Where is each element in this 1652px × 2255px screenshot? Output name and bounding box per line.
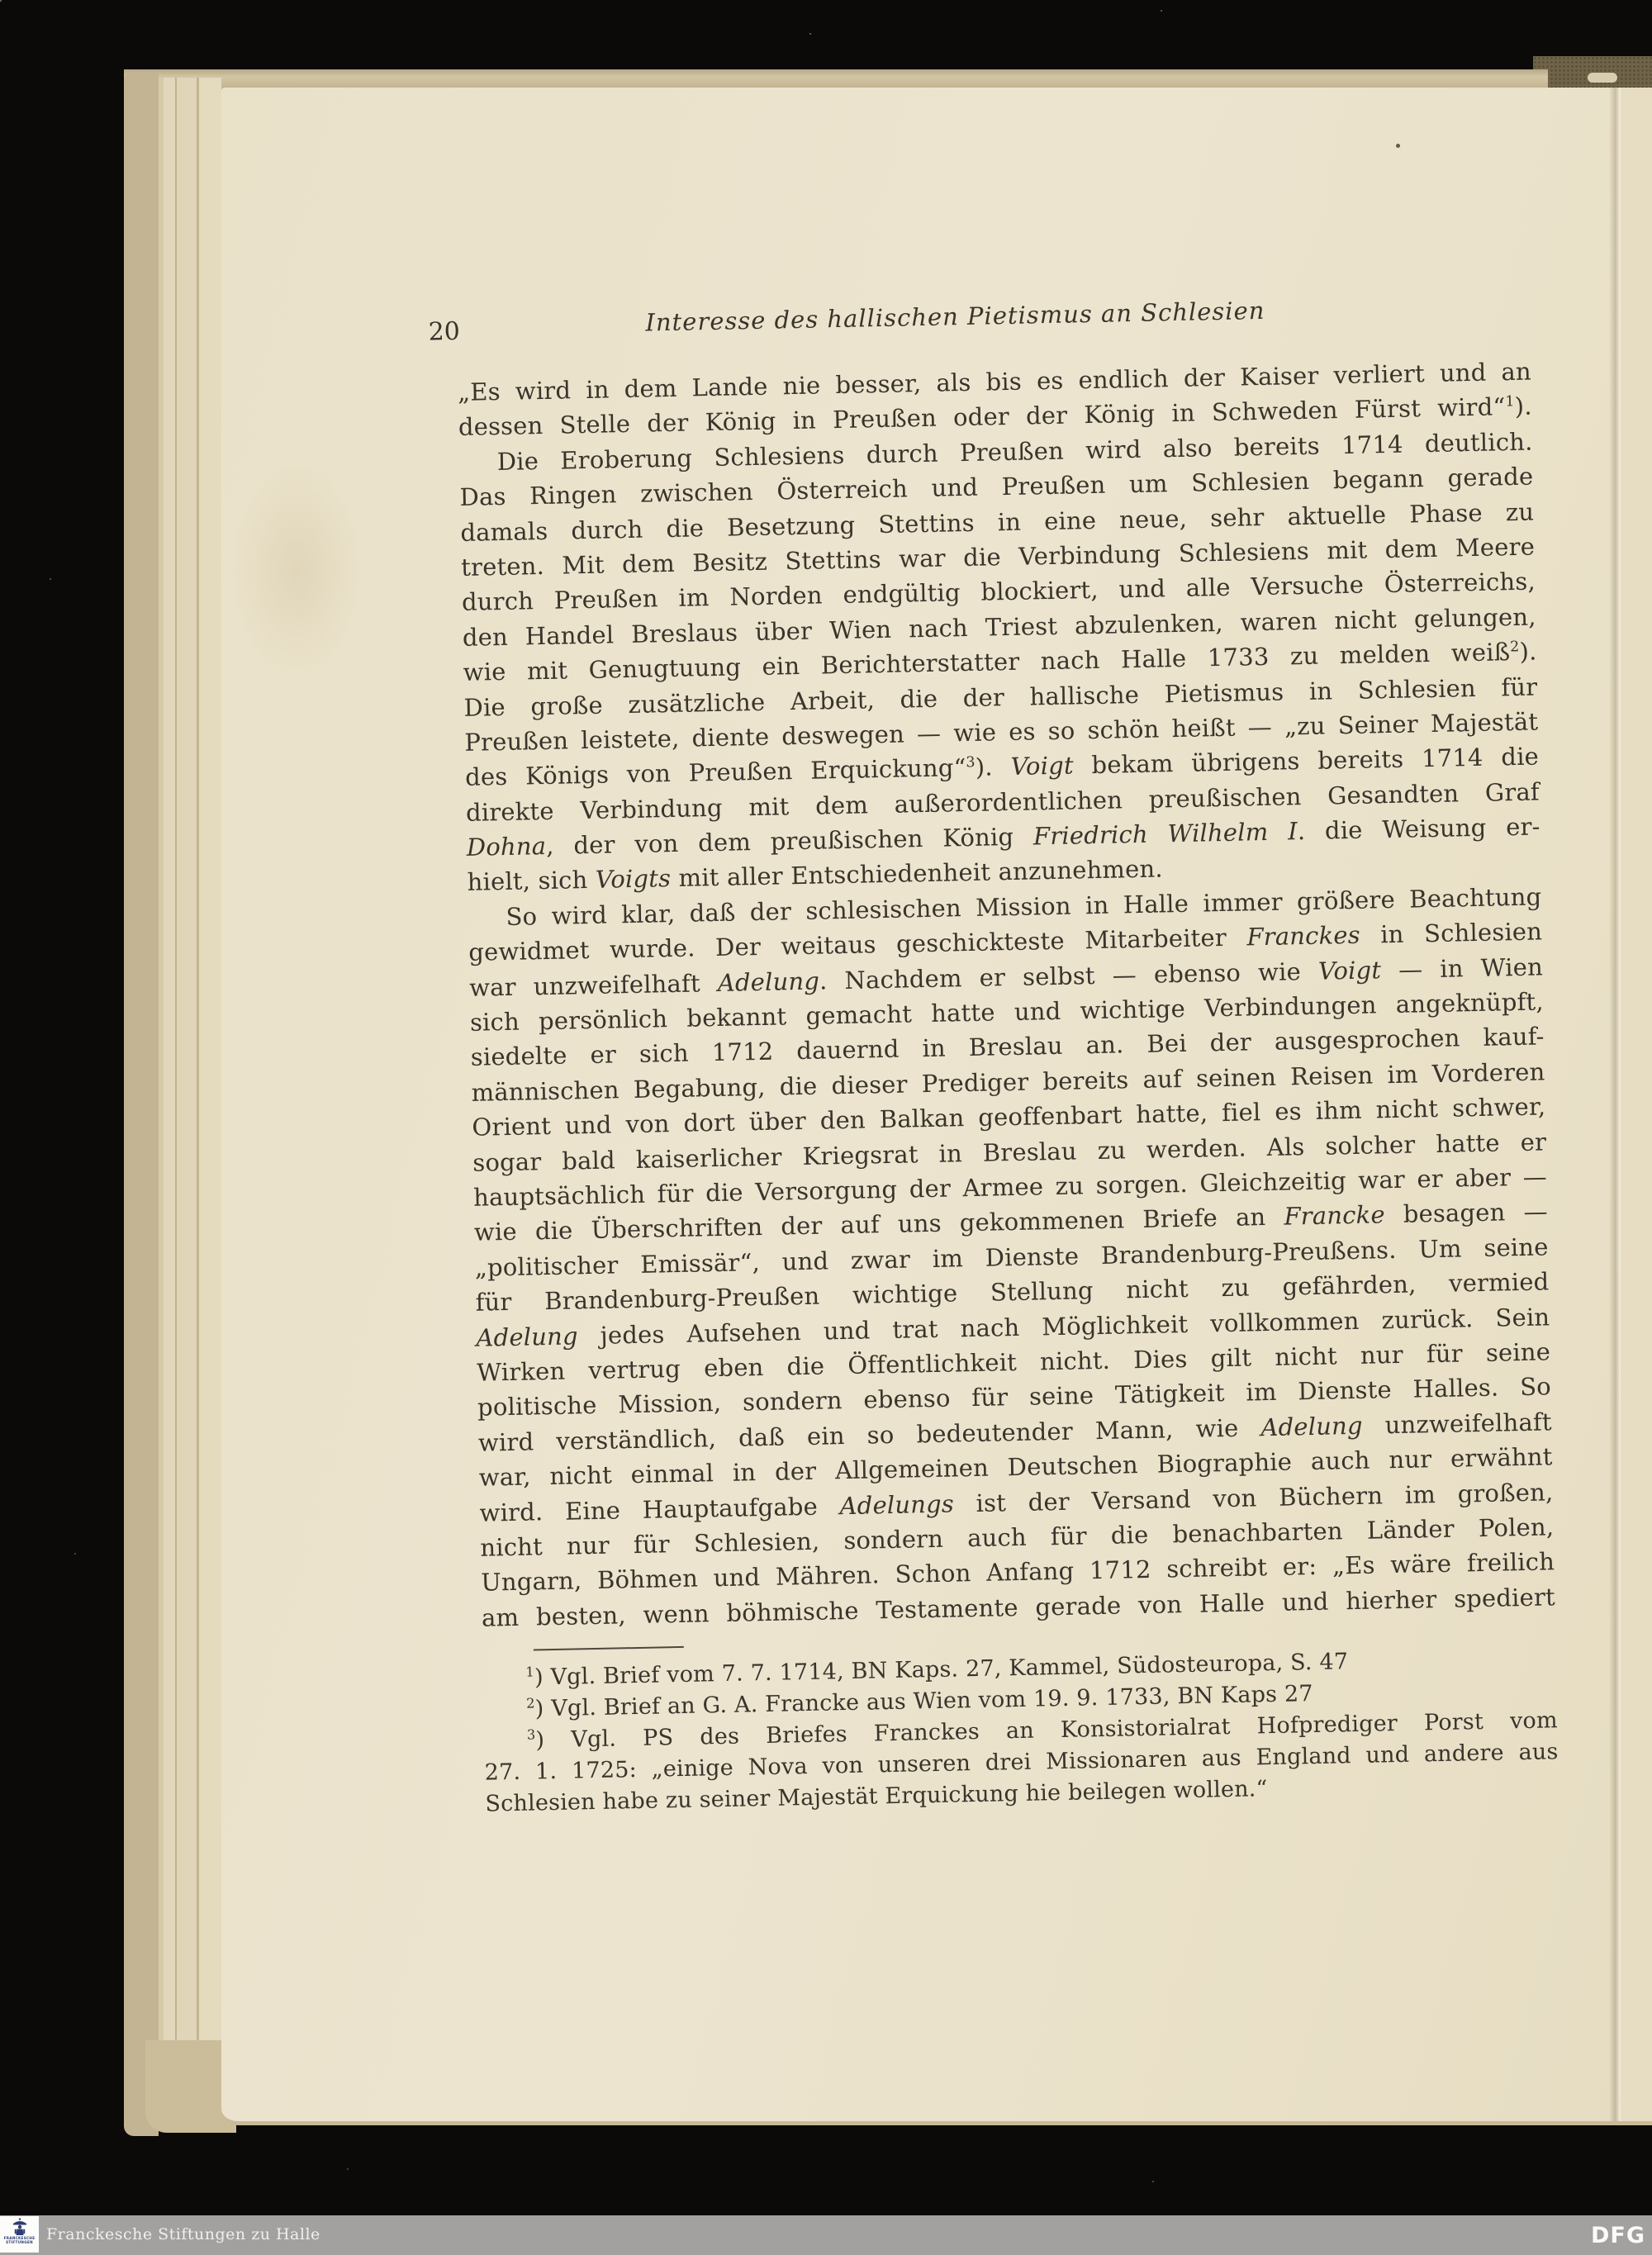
text-segment: . die Weisung er-	[1297, 813, 1540, 846]
text-segment: ).	[975, 752, 1010, 781]
text-segment: hielt, sich	[467, 866, 596, 896]
footnote-marker: 2	[526, 1696, 535, 1711]
text-segment: unzweifelhaft	[1362, 1408, 1552, 1439]
binding-paper-scrap	[1588, 73, 1617, 83]
italic-name: Adelung	[717, 966, 819, 996]
italic-name: Franckes	[1246, 921, 1360, 952]
italic-name: Adelungs	[839, 1489, 954, 1520]
text-segment: bekam übrigens bereits 1714 die	[1073, 743, 1539, 780]
italic-name: Adelung	[1260, 1412, 1363, 1441]
footnote-rule	[534, 1646, 684, 1651]
italic-name: Voigts	[596, 865, 672, 895]
book-cover-edge	[124, 73, 159, 2136]
archive-logo: FRANCKESCHE STIFTUNGEN	[0, 2216, 39, 2253]
dust-specks	[0, 0, 2, 2]
text-segment: war unzweifelhaft	[469, 969, 718, 1002]
page-stack-edges	[159, 78, 221, 2131]
text-segment: wird. Eine Hauptaufgabe	[479, 1492, 840, 1527]
footnote-marker: 2	[1510, 639, 1520, 655]
italic-name: Dohna	[467, 832, 547, 862]
archive-logo-icon	[11, 2218, 29, 2236]
text-segment: , der von dem preußischen König	[546, 823, 1033, 861]
italic-name: Friedrich Wilhelm I	[1033, 817, 1298, 850]
body-text: „Es wird in dem Lande nie besser, als bi…	[458, 354, 1556, 1635]
italic-name: Voigt	[1318, 956, 1382, 985]
ink-speck	[1396, 144, 1400, 148]
text-segment: . Nachdem er selbst — ebenso wie	[819, 957, 1319, 995]
text-segment: ).	[1519, 638, 1537, 666]
italic-name: Voigt	[1010, 752, 1074, 781]
page-number: 20	[428, 317, 460, 347]
page-crease	[1609, 88, 1621, 2121]
footnote-marker: 3	[527, 1727, 536, 1743]
italic-name: Adelung	[476, 1322, 578, 1351]
footnote-marker: 1	[1505, 394, 1515, 411]
dfg-logo: DFG	[1591, 2223, 1645, 2248]
text-block: 20 Interesse des hallischen Pietismus an…	[456, 283, 1559, 1821]
footnotes: 1) Vgl. Brief vom 7. 7. 1714, BN Kaps. 2…	[482, 1642, 1559, 1820]
text-segment: ).	[1514, 392, 1532, 420]
archive-label: Franckesche Stiftungen zu Halle	[46, 2225, 320, 2243]
text-segment: mit aller Entschiedenheit anzunehmen.	[671, 855, 1163, 893]
scanned-page-photo: 20 Interesse des hallischen Pietismus an…	[0, 0, 1652, 2255]
text-segment: besagen —	[1384, 1198, 1548, 1229]
page-stain	[231, 463, 363, 677]
archive-logo-text-2: STIFTUNGEN	[6, 2240, 33, 2244]
footnote-marker: 3	[966, 754, 976, 771]
italic-name: Francke	[1284, 1201, 1385, 1231]
text-segment: — in Wien	[1381, 952, 1543, 984]
footnote-marker: 1	[525, 1664, 534, 1680]
text-segment: in Schlesien	[1360, 918, 1542, 949]
next-page-edge	[1621, 88, 1652, 2121]
text-segment: des Königs von Preußen Erquickung“	[465, 753, 966, 791]
